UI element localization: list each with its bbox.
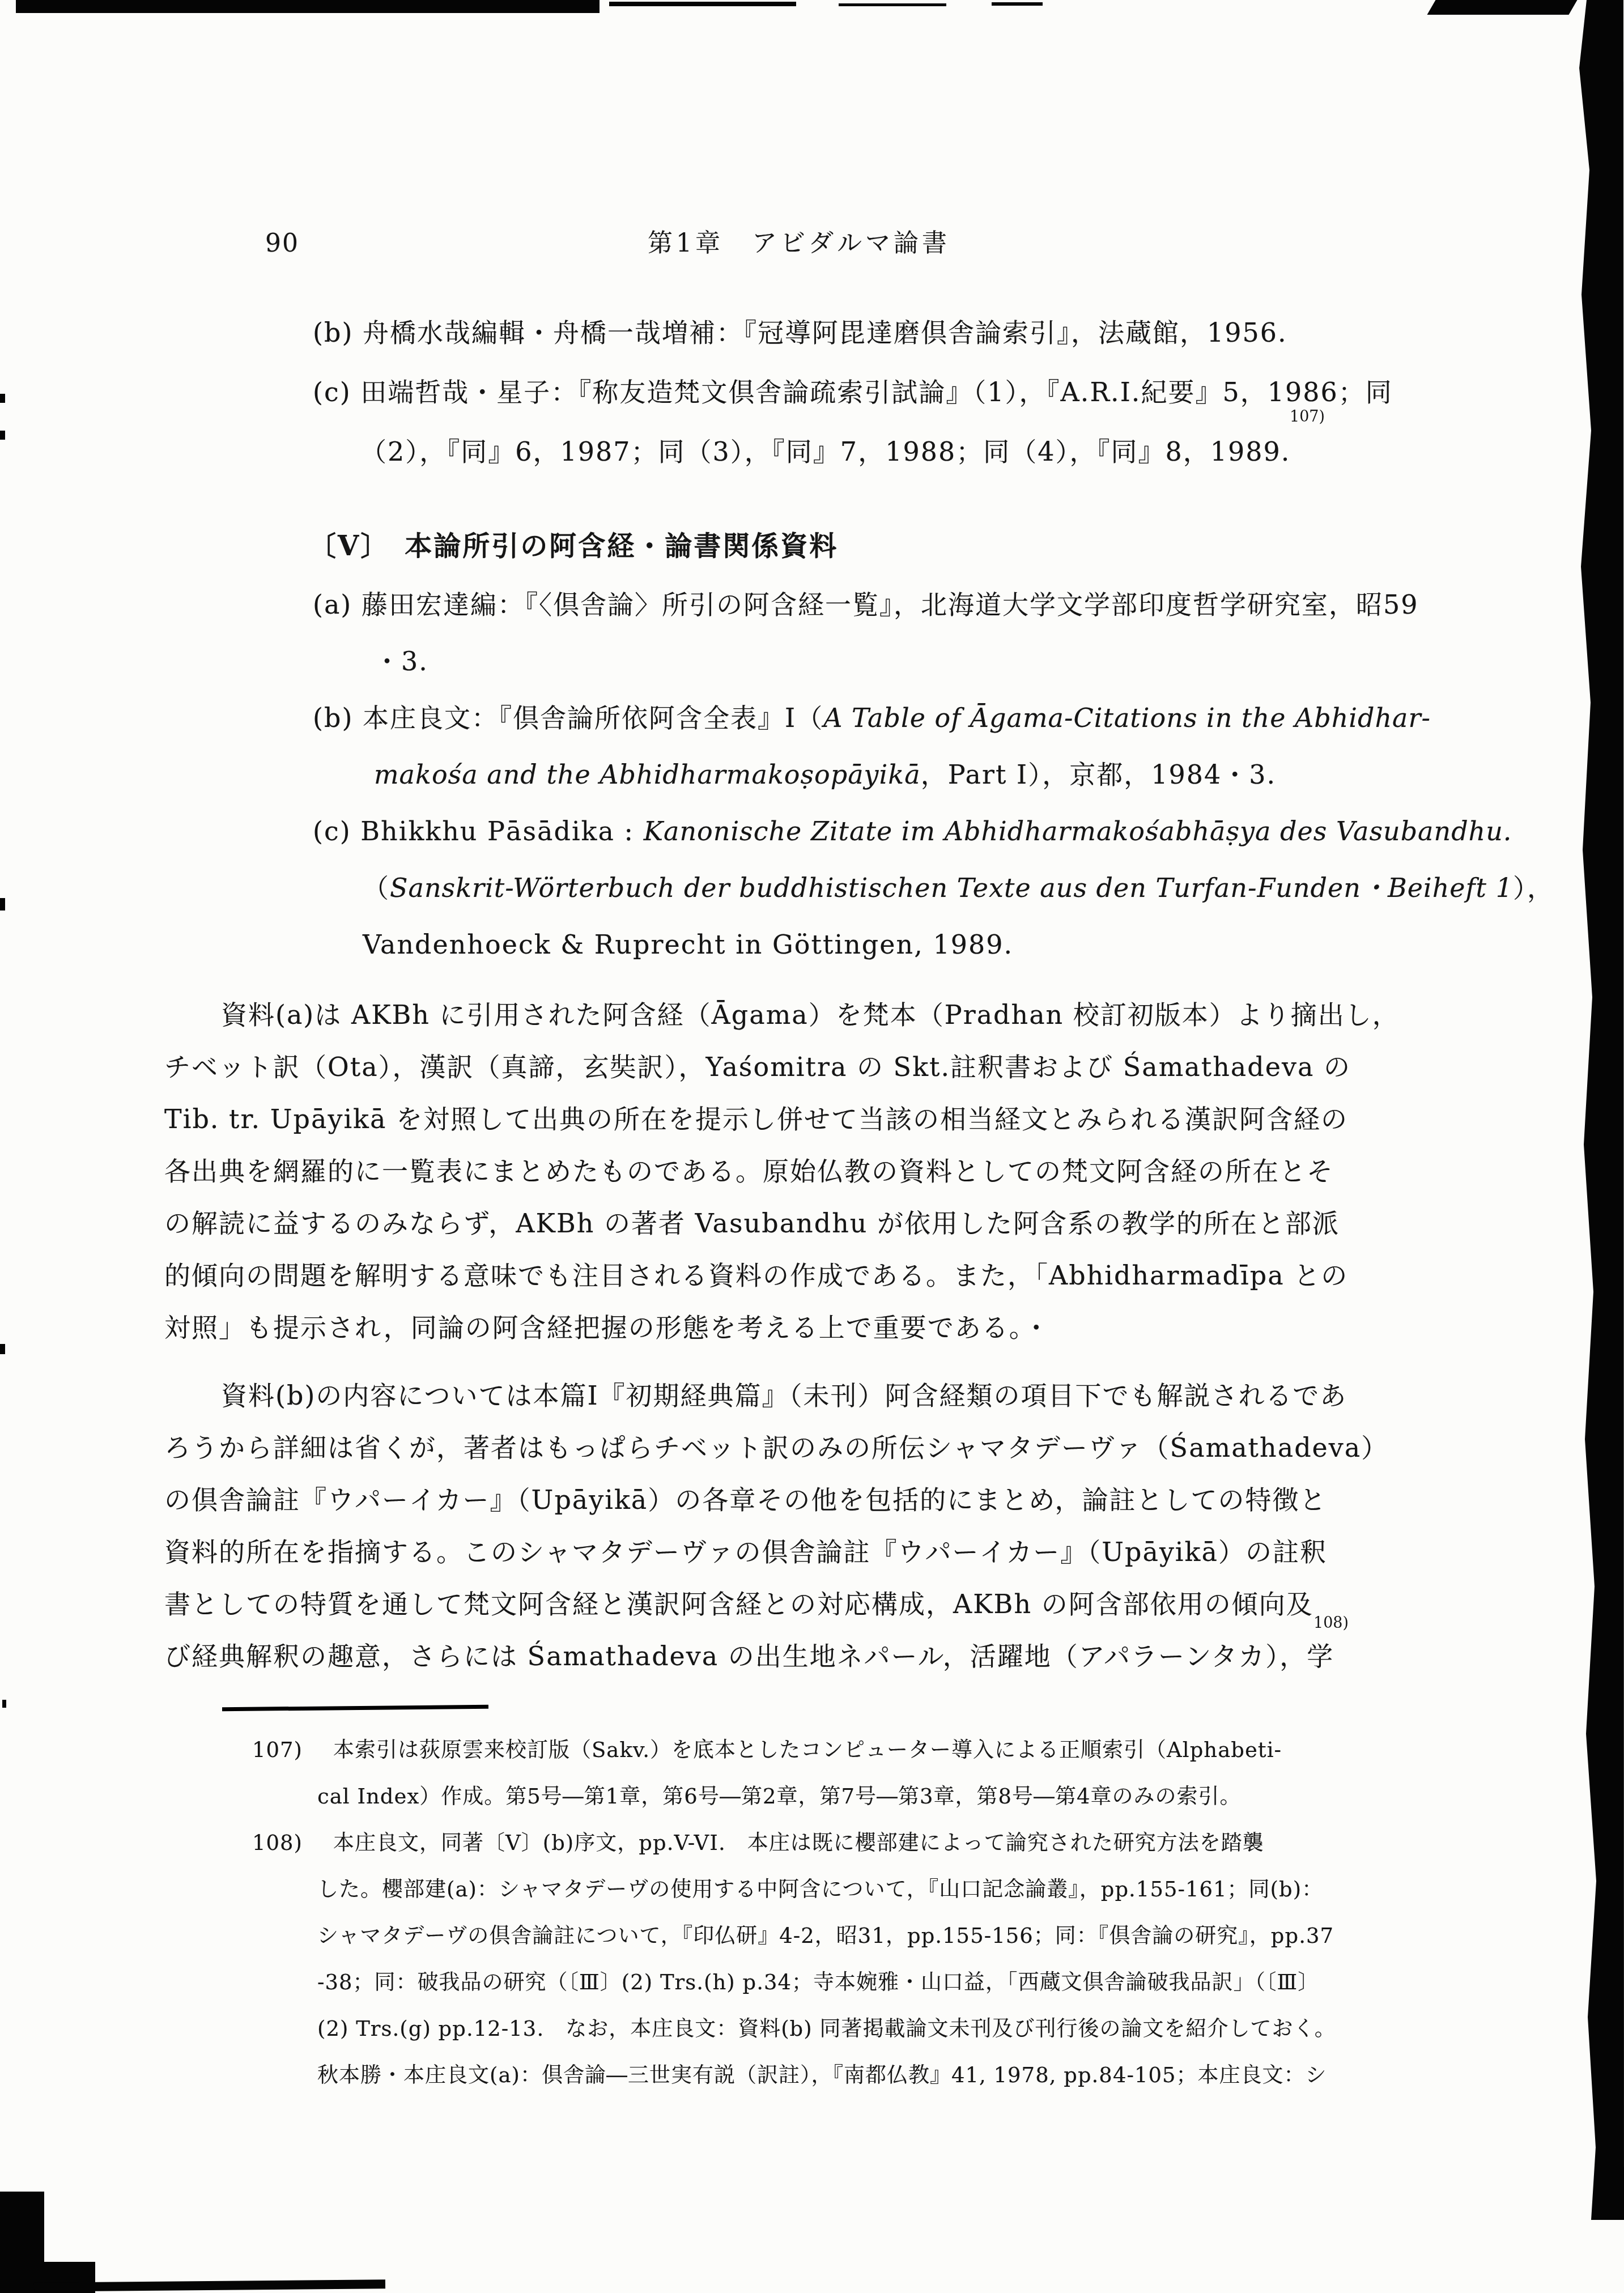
item-c-line1-pre: (c) Bhikkhu Pāsādika : — [313, 816, 644, 846]
footnote-ref-107: 107) — [1290, 387, 1325, 446]
paragraph-line-last: 108) び経典解釈の趣意，さらには Śamathadeva の出生地ネパール，… — [164, 1630, 1434, 1682]
scanned-book-page: 90 第1章 アビダルマ論書 (b) 舟橋水哉編輯・舟橋一哉増補：『冠導阿毘達磨… — [0, 0, 1624, 2293]
footnote-108-line2: した。櫻部建(a)：シャマタデーヴの使用する中阿含について，『山口記念論叢』，p… — [317, 1866, 1624, 1913]
paragraph-line: の解読に益するのみならず，AKBh の著者 Vasubandhu が依用した阿含… — [164, 1197, 1434, 1249]
footnote-108-line6: 秋本勝・本庄良文(a)：倶舎論―三世実有説（訳註），『南都仏教』41, 1978… — [317, 2052, 1624, 2099]
footnote-107-label: 107) — [252, 1727, 312, 1773]
paragraph-line: 的傾向の問題を解明する意味でも注目される資料の作成である。また，「Abhidha… — [164, 1249, 1434, 1301]
body-paragraph-2: 資料(b)の内容については本篇Ⅰ『初期経典篇』（未刊）阿含経類の項目下でも解説さ… — [164, 1369, 1434, 1682]
footnote-107-line2: cal Index）作成。第5号―第1章，第6号―第2章，第7号―第3章，第8号… — [317, 1773, 1624, 1820]
footnotes-block: 107)本索引は荻原雲来校訂版（Sakv.）を底本としたコンピューター導入による… — [0, 1727, 1624, 2099]
body-paragraph-1: 資料(a)は AKBh に引用された阿含経（Āgama）を梵本（Pradhan … — [164, 989, 1434, 1354]
scan-artifact-left-dash — [0, 394, 5, 403]
paragraph-line: 資料(b)の内容については本篇Ⅰ『初期経典篇』（未刊）阿含経類の項目下でも解説さ… — [164, 1369, 1434, 1422]
section-v-item-b-line1: (b) 本庄良文：『倶舎論所依阿含全表』Ⅰ（A Table of Āgama-C… — [313, 690, 1624, 746]
paragraph-line: チベット訳（Ota），漢訳（真諦，玄奘訳），Yaśomitra の Skt.註釈… — [164, 1041, 1434, 1093]
item-b-line1-pre: (b) 本庄良文：『倶舎論所依阿含全表』Ⅰ（ — [313, 703, 823, 733]
paragraph-line: 書としての特質を通して梵文阿含経と漢訳阿含経との対応構成，AKBh の阿含部依用… — [164, 1578, 1434, 1630]
paragraph-line: 各出典を網羅的に一覧表にまとめたものである。原始仏教の資料としての梵文阿含経の所… — [164, 1145, 1434, 1197]
footnote-108-line4: -38；同：破我品の研究（〔Ⅲ〕(2) Trs.(h) p.34；寺本婉雅・山口… — [317, 1959, 1624, 2006]
paragraph-line-text: び経典解釈の趣意，さらには Śamathadeva の出生地ネパール，活躍地（ア… — [164, 1641, 1334, 1671]
footnote-108-label: 108) — [252, 1820, 312, 1866]
section-v-item-a-line1: (a) 藤田宏達編：『〈倶舎論〉所引の阿含経一覧』，北海道大学文学部印度哲学研究… — [313, 576, 1624, 633]
paragraph-line: の倶舎論註『ウパーイカー』（Upāyikā）の各章その他を包括的にまとめ，論註と… — [164, 1474, 1434, 1526]
footnote-108-line1: 108)本庄良文，同著〔V〕(b)序文，pp.V-VI. 本庄は既に櫻部建によっ… — [252, 1820, 1624, 1866]
paragraph-line: ろうから詳細は省くが，著者はもっぱらチベット訳のみの所伝シャマタデーヴァ（Śam… — [164, 1422, 1434, 1474]
footnote-108-line5: (2) Trs.(g) pp.12-13. なお，本庄良文：資料(b) 同著掲載… — [317, 2006, 1624, 2052]
section-v-heading: 〔V〕 本論所引の阿含経・論書関係資料 — [309, 517, 1624, 576]
scan-artifact-left-dash — [0, 898, 5, 911]
bibliography-list-section-v: (a) 藤田宏達編：『〈倶舎論〉所引の阿含経一覧』，北海道大学文学部印度哲学研究… — [0, 576, 1624, 973]
section-v-item-b-line2: makośa and the Abhidharmakoṣopāyikā，Part… — [374, 746, 1624, 803]
footnote-107-line1: 107)本索引は荻原雲来校訂版（Sakv.）を底本としたコンピューター導入による… — [252, 1727, 1624, 1773]
scan-artifact-left-dash — [0, 1344, 5, 1354]
item-b-line1-title-italic: A Table of Āgama-Citations in the Abhidh… — [823, 703, 1431, 733]
footnote-107-text: 本索引は荻原雲来校訂版（Sakv.）を底本としたコンピューター導入による正順索引… — [333, 1738, 1282, 1762]
running-head: 90 第1章 アビダルマ論書 — [0, 0, 1624, 261]
item-c-line2-pre: （ — [363, 873, 390, 903]
footnote-divider-rule — [222, 1705, 488, 1712]
paragraph-line: 資料(a)は AKBh に引用された阿含経（Āgama）を梵本（Pradhan … — [164, 989, 1434, 1041]
section-v-item-c-line1: (c) Bhikkhu Pāsādika : Kanonische Zitate… — [313, 803, 1624, 860]
scan-artifact-top-edge — [16, 0, 600, 13]
scan-artifact-left-dash — [2, 1700, 6, 1708]
paragraph-line: 対照」も提示され，同論の阿含経把握の形態を考える上で重要である。・ — [164, 1301, 1434, 1354]
item-b-line2-title-italic: makośa and the Abhidharmakoṣopāyikā — [374, 759, 921, 790]
item-c-line2-series-italic: Sanskrit-Wörterbuch der buddhistischen T… — [390, 873, 1513, 903]
section-v-item-a-line2: ・3. — [374, 633, 1624, 690]
bibliography-list-top: (b) 舟橋水哉編輯・舟橋一哉増補：『冠導阿毘達磨倶舎論索引』，法蔵館，1956… — [0, 303, 1624, 482]
bibliography-item-c-line2-text: （2），『同』6，1987；同（3），『同』7，1988；同（4），『同』8，1… — [360, 436, 1290, 467]
scan-artifact-top-dash — [609, 2, 796, 6]
bibliography-item-c-line2: 107) （2），『同』6，1987；同（3），『同』7，1988；同（4），『… — [360, 422, 1624, 482]
footnote-108-text: 本庄良文，同著〔V〕(b)序文，pp.V-VI. 本庄は既に櫻部建によって論究さ… — [333, 1831, 1264, 1855]
bibliography-item-b: (b) 舟橋水哉編輯・舟橋一哉増補：『冠導阿毘達磨倶舎論索引』，法蔵館，1956… — [313, 303, 1624, 363]
paragraph-line: Tib. tr. Upāyikā を対照して出典の所在を提示し併せて当該の相当経… — [164, 1093, 1434, 1145]
item-c-line1-title-italic: Kanonische Zitate im Abhidharmakośabhāṣy… — [644, 816, 1512, 846]
section-v-item-c-line3: Vandenhoeck & Ruprecht in Göttingen, 198… — [363, 916, 1624, 973]
item-b-line2-post: ，Part Ⅰ），京都，1984・3. — [921, 759, 1277, 790]
scan-artifact-top-right — [1427, 0, 1577, 15]
scan-artifact-left-dash — [0, 431, 5, 440]
chapter-title: 第1章 アビダルマ論書 — [164, 227, 1434, 261]
scan-artifact-top-dash — [992, 2, 1043, 6]
paragraph-line: 資料的所在を指摘する。このシャマタデーヴァの倶舎論註『ウパーイカー』（Upāyi… — [164, 1526, 1434, 1578]
item-c-line2-post: ）， — [1513, 873, 1554, 903]
section-v-item-c-line2: （Sanskrit-Wörterbuch der buddhistischen … — [363, 860, 1624, 916]
bibliography-item-c-line1: (c) 田端哲哉・星子：『称友造梵文倶舎論疏索引試論』（1），『A.R.I.紀要… — [313, 363, 1624, 422]
scan-artifact-top-dash — [839, 3, 946, 6]
footnote-108-line3: シャマタデーヴの倶舎論註について，『印仏研』4-2，昭31，pp.155-156… — [317, 1913, 1624, 1959]
footnote-ref-108: 108) — [1313, 1597, 1349, 1649]
